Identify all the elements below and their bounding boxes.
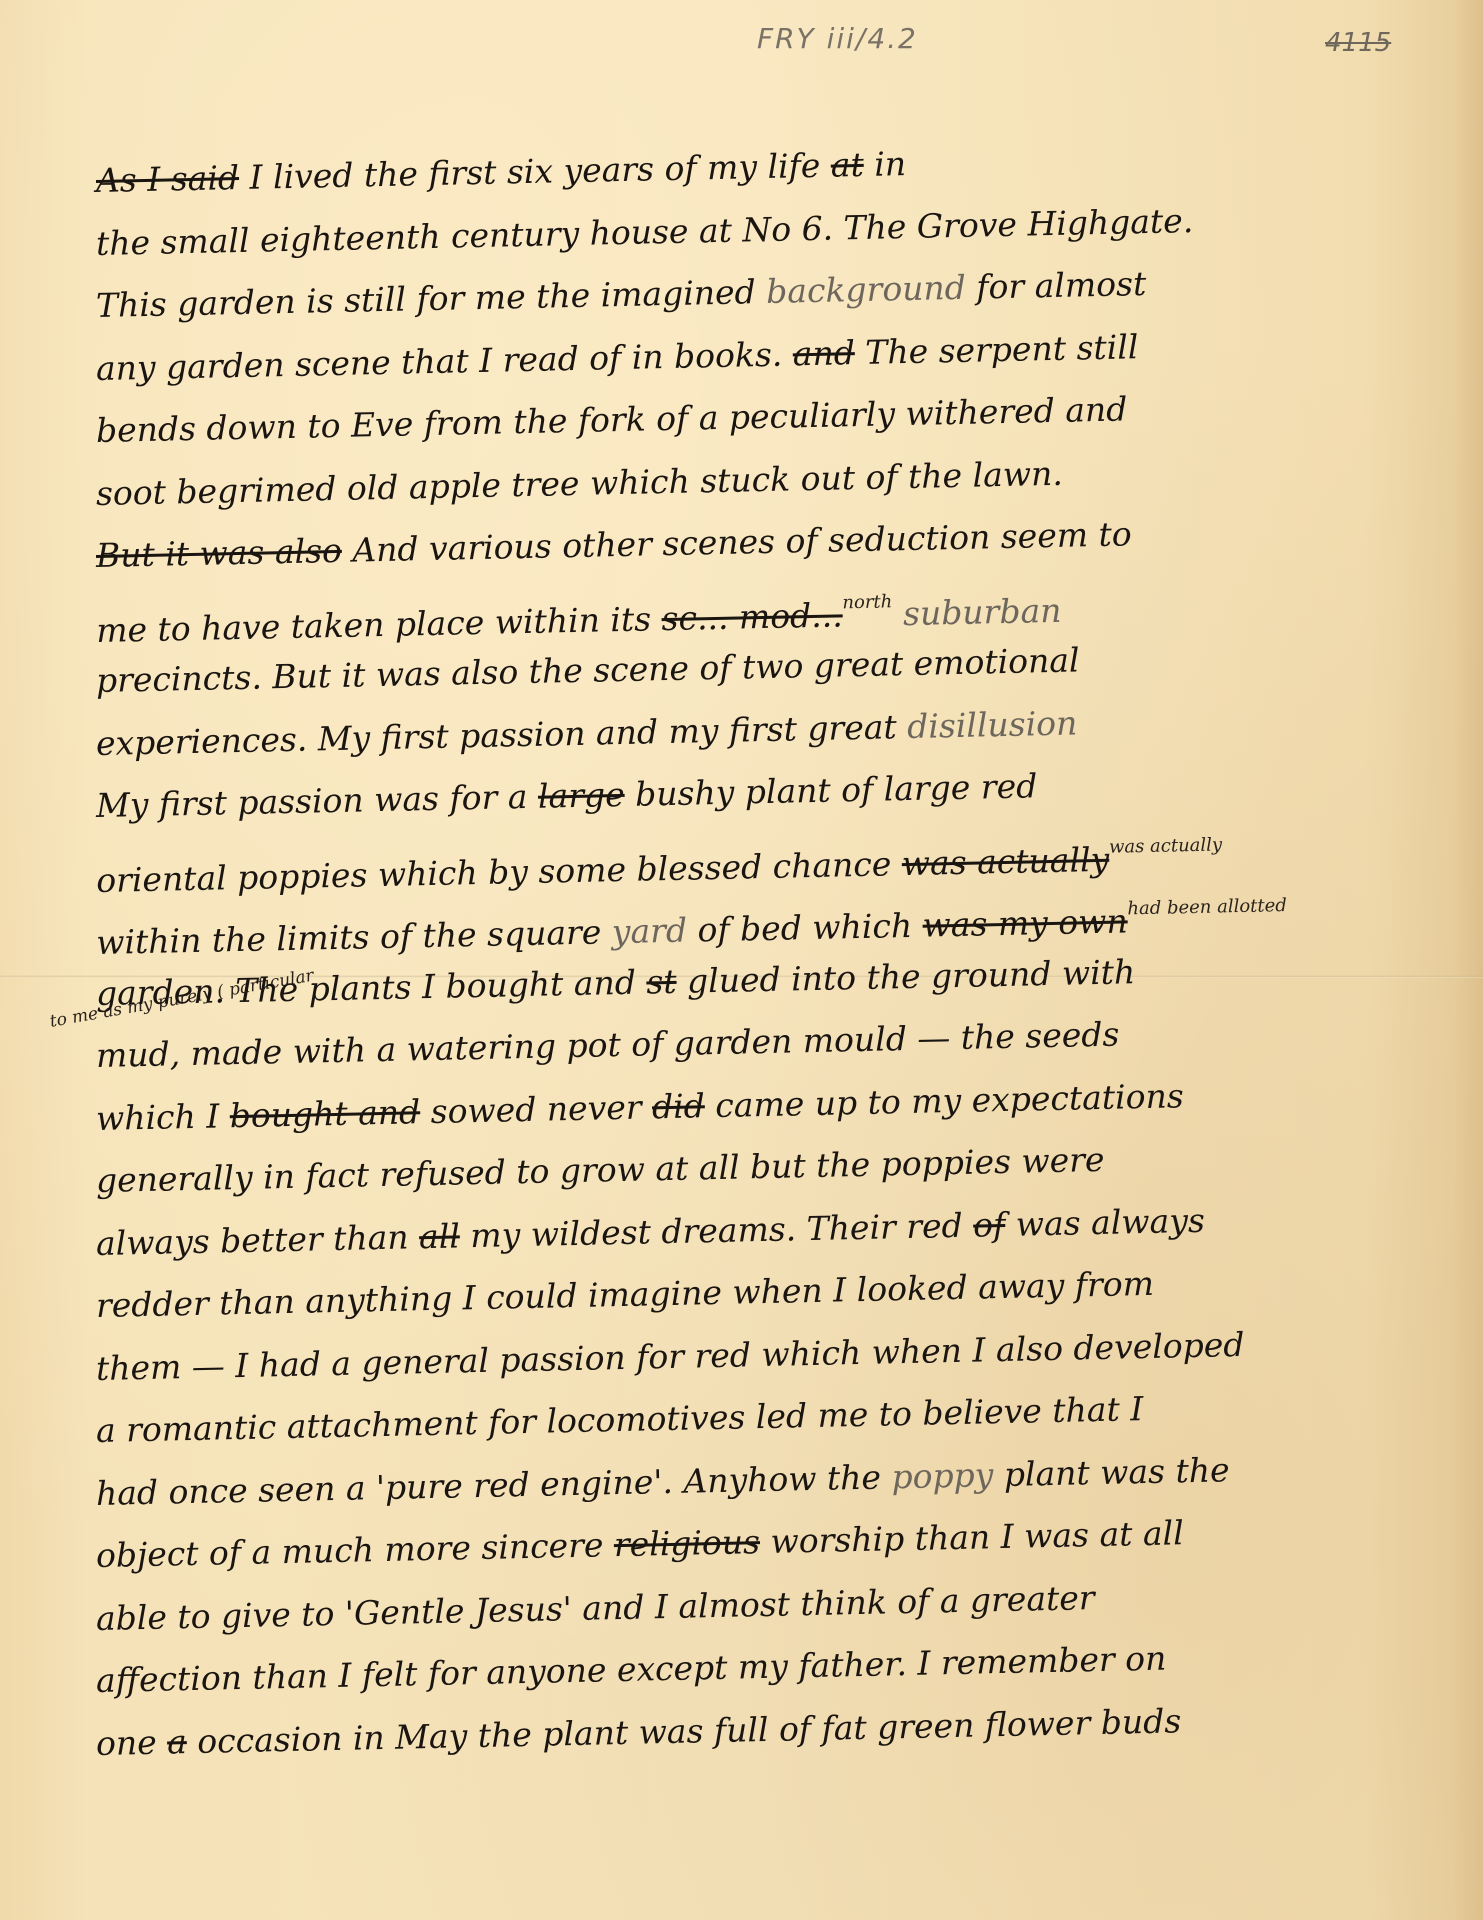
struck-text: bought and — [229, 1092, 420, 1135]
archive-reference: FRY iii/4.2 — [757, 22, 918, 55]
struck-text: of — [973, 1204, 1006, 1244]
text-run: garden. The plants I bought and — [96, 962, 647, 1013]
pencil-text: poppy — [891, 1455, 994, 1496]
manuscript-page: FRY iii/4.2 4115 to me as my purely ( pa… — [0, 0, 1483, 1920]
text-run: object of a much more sincere — [96, 1525, 615, 1575]
text-run: which I — [96, 1096, 231, 1138]
text-run: able to give to 'Gentle Jesus' and I alm… — [96, 1578, 1095, 1638]
struck-text: religious — [613, 1522, 760, 1564]
struck-text: was my own — [922, 901, 1128, 944]
text-run: I lived the first six years of my life — [239, 146, 832, 197]
text-run: The serpent still — [854, 327, 1138, 372]
struck-text: was actually — [901, 839, 1109, 882]
inserted-text: was actually — [1109, 834, 1223, 857]
text-run: soot begrimed old apple tree which stuck… — [96, 453, 1064, 512]
text-run: mud, made with a watering pot of garden … — [96, 1015, 1120, 1075]
struck-text: and — [792, 333, 855, 373]
struck-text: large — [538, 775, 625, 816]
text-run: experiences. My first passion and my fir… — [96, 707, 908, 763]
text-run: redder than anything I could imagine whe… — [96, 1264, 1155, 1325]
text-run: affection than I felt for anyone except … — [96, 1639, 1167, 1700]
text-run: bends down to Eve from the fork of a pec… — [96, 389, 1128, 450]
struck-text: at — [830, 145, 864, 185]
text-run: worship than I was at all — [760, 1513, 1184, 1561]
struck-text: sc... — [661, 597, 739, 638]
folio-number: 4115 — [1325, 28, 1391, 58]
text-run: of bed which — [687, 906, 923, 950]
pencil-text: suburban — [892, 590, 1062, 633]
struck-text: As I said — [96, 158, 240, 200]
text-run: sowed never — [420, 1087, 653, 1131]
struck-text: a — [167, 1722, 187, 1761]
text-run: always better than — [96, 1217, 420, 1263]
text-run: occasion in May the plant was full of fa… — [186, 1701, 1181, 1761]
struck-text: st — [646, 961, 677, 1001]
inserted-text: had been allotted — [1127, 895, 1287, 919]
pencil-text: yard — [611, 911, 687, 952]
text-run: glued into the ground with — [676, 952, 1135, 1001]
text-run: them — I had a general passion for red w… — [96, 1324, 1245, 1387]
text-run: plant was the — [993, 1450, 1230, 1494]
struck-text: But it was also — [96, 531, 343, 575]
pencil-text: disillusion — [907, 703, 1078, 746]
text-run: one — [96, 1722, 168, 1762]
text-run: my wildest dreams. Their red — [459, 1205, 973, 1255]
text-run: in — [863, 144, 906, 184]
text-run: This garden is still for me the imagined — [96, 272, 767, 325]
text-run: a romantic attachment for locomotives le… — [96, 1389, 1144, 1450]
handwritten-text: As I said I lived the first six years of… — [96, 150, 1436, 1775]
text-run: the small eighteenth century house at No… — [96, 201, 1194, 263]
text-run: was always — [1005, 1200, 1205, 1243]
struck-text: mod... — [739, 595, 844, 636]
text-run: bushy plant of large red — [624, 766, 1037, 814]
inserted-text: north — [842, 591, 892, 613]
text-run: for almost — [965, 264, 1146, 307]
text-run: precincts. But it was also the scene of … — [96, 640, 1080, 700]
text-run: had once seen a 'pure red engine'. Anyho… — [96, 1457, 892, 1513]
text-run: any garden scene that I read of in books… — [96, 334, 794, 388]
text-run: My first passion was for a — [96, 777, 539, 825]
text-run: generally in fact refused to grow at all… — [96, 1140, 1105, 1200]
struck-text: did — [652, 1086, 706, 1126]
text-run: came up to my expectations — [704, 1076, 1184, 1125]
struck-text: all — [419, 1216, 461, 1256]
pencil-text: background — [766, 268, 966, 311]
text-run: And various other scenes of seduction se… — [341, 514, 1132, 570]
